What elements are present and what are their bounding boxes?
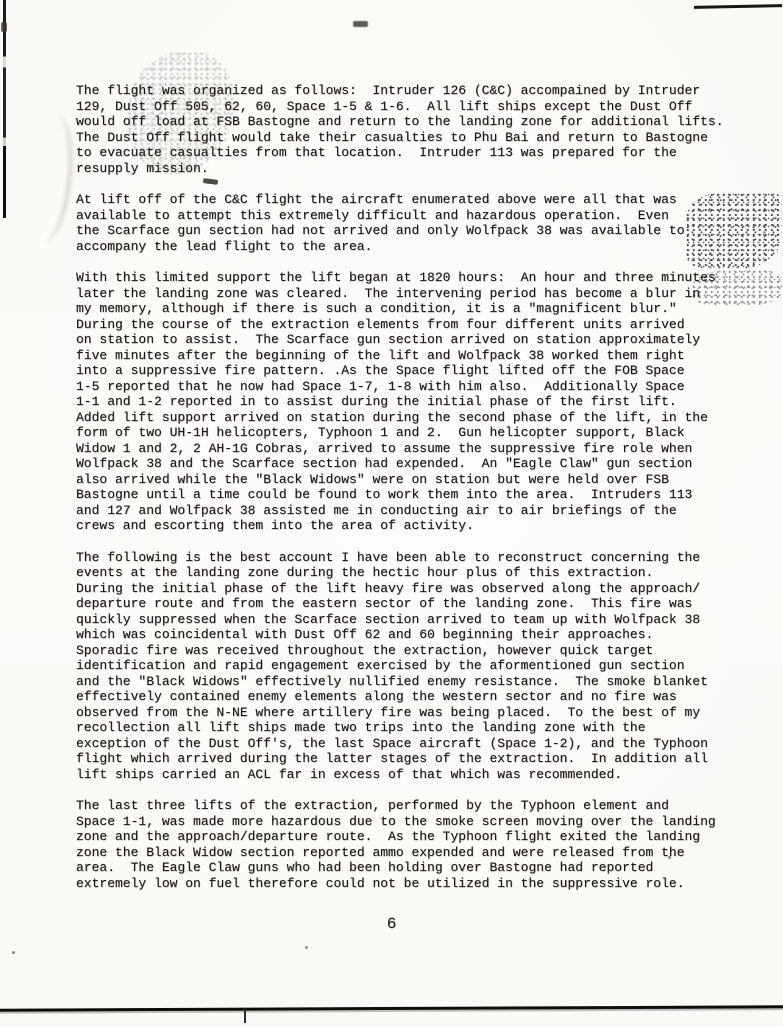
page-number: 6: [0, 915, 783, 933]
paragraph-lift-off: At lift off of the C&C flight the aircra…: [76, 192, 748, 254]
paragraph-lift-support: With this limited support the lift began…: [76, 270, 748, 534]
scan-tick-bottom: [244, 1009, 246, 1023]
scan-dot: [305, 946, 308, 949]
scan-mark-top-left: [1, 22, 7, 32]
document-text: The flight was organized as follows: Int…: [76, 83, 748, 907]
scan-mark-top-center: [353, 21, 368, 27]
scan-line-top-right: [694, 4, 782, 9]
scanned-document-page: The flight was organized as follows: Int…: [0, 0, 783, 1027]
paragraph-last-three-lifts: The last three lifts of the extraction, …: [76, 798, 748, 891]
paragraph-landing-zone-account: The following is the best account I have…: [76, 550, 748, 783]
scan-line-bottom: [0, 1005, 783, 1011]
scan-edge-line-left: [3, 0, 6, 218]
scan-dot: [12, 951, 15, 954]
scan-smudge-arc-left: [19, 110, 78, 246]
paragraph-flight-organization: The flight was organized as follows: Int…: [76, 83, 748, 176]
